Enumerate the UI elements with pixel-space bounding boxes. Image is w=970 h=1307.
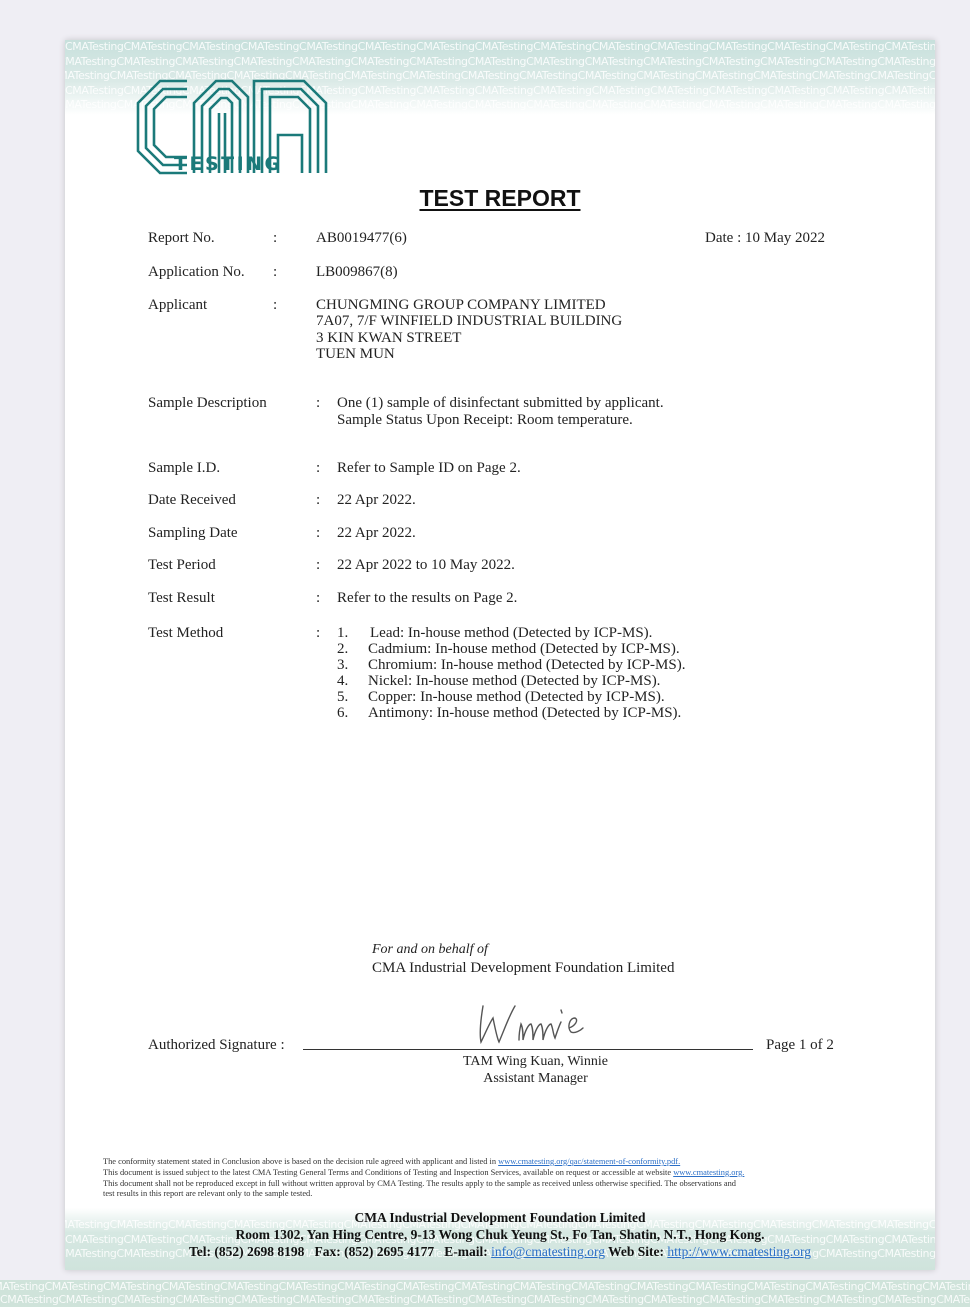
separator: : <box>273 230 277 247</box>
authorized-signature-label: Authorized Signature : <box>148 1037 285 1054</box>
separator: : <box>316 460 320 477</box>
page-number: Page 1 of 2 <box>766 1037 834 1054</box>
method-text: Lead: In-house method (Detected by ICP-M… <box>370 625 652 642</box>
report-page: CMATestingCMATestingCMATestingCMATesting… <box>65 40 935 1270</box>
method-text: Copper: In-house method (Detected by ICP… <box>368 689 665 706</box>
separator: : <box>273 297 277 314</box>
footer-phone-fax: Tel: (852) 2698 8198 Fax: (852) 2695 417… <box>189 1244 491 1259</box>
behalf-text: For and on behalf of <box>372 942 488 959</box>
disclaimer: The conformity statement stated in Concl… <box>103 1157 903 1200</box>
website-link[interactable]: www.cmatesting.org. <box>673 1168 744 1177</box>
logo-subtitle: TESTING <box>174 153 283 175</box>
sample-description-line: Sample Status Upon Receipt: Room tempera… <box>337 412 633 429</box>
application-no-label: Application No. <box>148 264 245 281</box>
signature-line <box>303 1049 753 1050</box>
applicant-label: Applicant <box>148 297 207 314</box>
footer-website-link[interactable]: http://www.cmatesting.org <box>667 1244 811 1259</box>
sample-description-label: Sample Description <box>148 395 267 412</box>
disclaimer-line: This document shall not be reproduced ex… <box>103 1179 903 1190</box>
report-no-label: Report No. <box>148 230 215 247</box>
method-number: 2. <box>337 641 348 658</box>
disclaimer-text: This document is issued subject to the l… <box>103 1168 673 1177</box>
date-received-value: 22 Apr 2022. <box>337 492 416 509</box>
separator: : <box>273 264 277 281</box>
method-text: Cadmium: In-house method (Detected by IC… <box>368 641 680 658</box>
applicant-line: 3 KIN KWAN STREET <box>316 330 461 347</box>
test-method-label: Test Method <box>148 625 223 642</box>
disclaimer-line: The conformity statement stated in Concl… <box>103 1157 903 1168</box>
sample-description-line: One (1) sample of disinfectant submitted… <box>337 395 664 412</box>
test-result-label: Test Result <box>148 590 215 607</box>
separator: : <box>316 525 320 542</box>
watermark-row: CMATestingCMATestingCMATestingCMATesting… <box>0 1280 970 1293</box>
test-period-label: Test Period <box>148 557 216 574</box>
signer-title: Assistant Manager <box>303 1071 768 1088</box>
sampling-date-value: 22 Apr 2022. <box>337 525 416 542</box>
applicant-line: TUEN MUN <box>316 346 395 363</box>
method-number: 3. <box>337 657 348 674</box>
method-text: Nickel: In-house method (Detected by ICP… <box>368 673 660 690</box>
test-result-value: Refer to the results on Page 2. <box>337 590 517 607</box>
disclaimer-line: This document is issued subject to the l… <box>103 1168 903 1179</box>
signer-name: TAM Wing Kuan, Winnie <box>303 1054 768 1071</box>
conformity-link[interactable]: www.cmatesting.org/qac/statement-of-conf… <box>498 1157 680 1166</box>
test-period-value: 22 Apr 2022 to 10 May 2022. <box>337 557 515 574</box>
date-received-label: Date Received <box>148 492 236 509</box>
report-date: Date : 10 May 2022 <box>705 230 825 247</box>
method-number: 1. <box>337 625 348 642</box>
page-title: TEST REPORT <box>65 185 935 212</box>
watermark-row: CMATestingCMATestingCMATestingCMATesting… <box>0 1293 970 1306</box>
applicant-line: 7A07, 7/F WINFIELD INDUSTRIAL BUILDING <box>316 313 622 330</box>
sample-id-value: Refer to Sample ID on Page 2. <box>337 460 521 477</box>
method-text: Chromium: In-house method (Detected by I… <box>368 657 685 674</box>
method-number: 4. <box>337 673 348 690</box>
signoff-organization: CMA Industrial Development Foundation Li… <box>372 960 674 977</box>
disclaimer-line: test results in this report are relevant… <box>103 1189 903 1200</box>
separator: : <box>316 557 320 574</box>
email-link[interactable]: info@cmatesting.org <box>491 1244 605 1259</box>
method-number: 6. <box>337 705 348 722</box>
report-no-value: AB0019477(6) <box>316 230 407 247</box>
separator: : <box>316 395 320 412</box>
application-no-value: LB009867(8) <box>316 264 398 281</box>
separator: : <box>316 625 320 642</box>
watermark-band-next-page: CMATestingCMATestingCMATestingCMATesting… <box>0 1280 970 1307</box>
website-label: Web Site: <box>605 1244 667 1259</box>
sample-id-label: Sample I.D. <box>148 460 220 477</box>
separator: : <box>316 590 320 607</box>
footer-address: Room 1302, Yan Hing Centre, 9-13 Wong Ch… <box>65 1227 935 1243</box>
applicant-line: CHUNGMING GROUP COMPANY LIMITED <box>316 297 606 314</box>
method-text: Antimony: In-house method (Detected by I… <box>368 705 681 722</box>
footer-contact: Tel: (852) 2698 8198 Fax: (852) 2695 417… <box>65 1244 935 1260</box>
handwritten-signature-icon <box>475 998 605 1050</box>
sampling-date-label: Sampling Date <box>148 525 238 542</box>
disclaimer-text: The conformity statement stated in Concl… <box>103 1157 498 1166</box>
watermark-row: CMATestingCMATestingCMATestingCMATesting… <box>65 40 935 55</box>
watermark-row: CMATestingCMATestingCMATestingCMATesting… <box>65 55 935 70</box>
separator: : <box>316 492 320 509</box>
method-number: 5. <box>337 689 348 706</box>
footer-organization: CMA Industrial Development Foundation Li… <box>65 1210 935 1226</box>
